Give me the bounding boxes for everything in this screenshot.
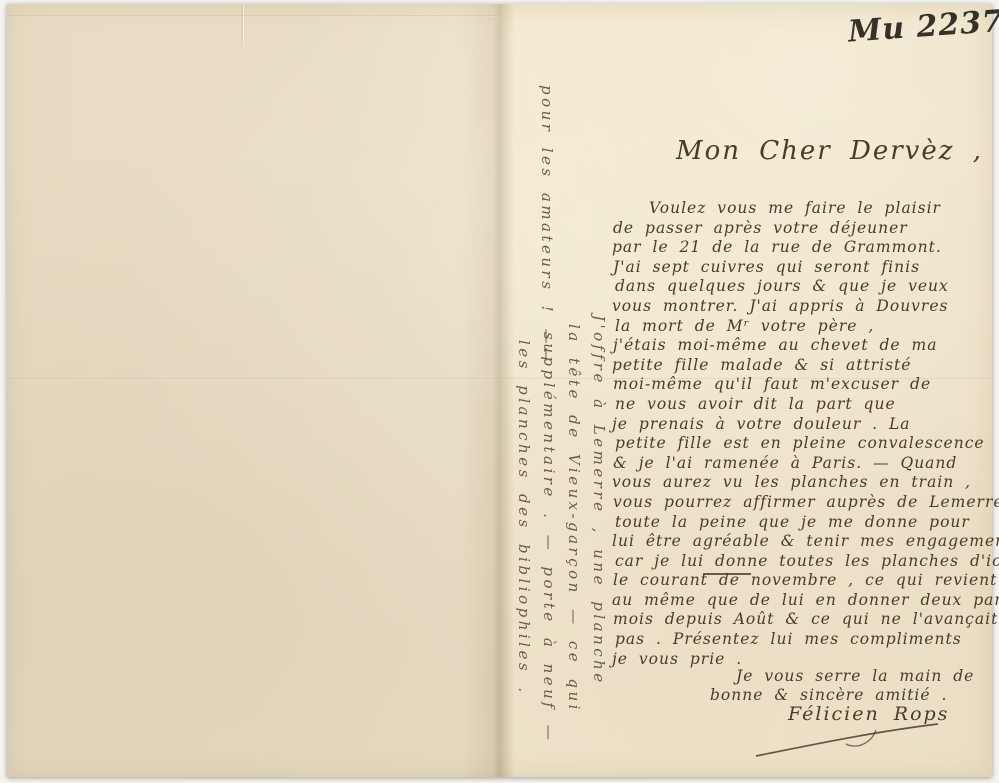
letter-line: pas . Présentez lui mes compliments xyxy=(615,630,995,650)
closing-line: bonne & sincère amitié . xyxy=(710,686,947,704)
letter-line: petite fille malade & si attristé xyxy=(612,356,992,376)
letter-line: lui être agréable & tenir mes engagement… xyxy=(612,532,992,552)
signature: Félicien Rops xyxy=(788,703,949,725)
letter-line: Voulez vous me faire le plaisir xyxy=(615,199,995,219)
letter-body: Voulez vous me faire le plaisir de passe… xyxy=(613,199,993,669)
letter-line: vous pourrez affirmer auprès de Lemerre xyxy=(613,493,993,513)
margin-note-line: supplémentaire . — porte à neuf — xyxy=(540,332,558,743)
closing-line: Je vous serre la main de xyxy=(736,667,974,685)
letter-line: petite fille est en pleine convalescence xyxy=(615,434,995,454)
letter-line: le courant de novembre , ce qui revient xyxy=(613,571,993,591)
letter-line: je prenais à votre douleur . La xyxy=(612,415,992,435)
letter-line: moi-même qu'il faut m'excuser de xyxy=(613,375,993,395)
letter-line: par le 21 de la rue de Grammont. xyxy=(612,238,992,258)
letter-line: de passer après votre déjeuner xyxy=(613,219,993,239)
letter-line: toute la peine que je me donne pour xyxy=(615,513,995,533)
margin-note-line: les planches des bibliophiles . xyxy=(515,340,533,696)
margin-note-line: J'offre à Lemerre , une planche xyxy=(590,315,608,686)
letter-line: car je lui donne toutes les planches d'i… xyxy=(615,552,995,572)
letter-line: J'ai sept cuivres qui seront finis xyxy=(613,258,993,278)
small-vertical-crease xyxy=(243,4,244,46)
top-left-fold-crease xyxy=(7,15,499,17)
letter-line: ne vous avoir dit la part que xyxy=(615,395,995,415)
letter-line: dans quelques jours & que je veux xyxy=(615,277,995,297)
margin-note-line: pour les amateurs ! —— xyxy=(538,85,556,365)
ink-underline xyxy=(703,573,751,575)
letter-line: la mort de Mʳ votre père , xyxy=(615,317,995,337)
letter-line: vous aurez vu les planches en train , xyxy=(612,473,992,493)
letter-line: & je l'ai ramenée à Paris. — Quand xyxy=(613,454,993,474)
letter-line: j'étais moi-même au chevet de ma xyxy=(613,336,993,356)
scanned-letter-background: { "archive_number": "Mu 2237/4", "letter… xyxy=(0,0,999,783)
letter-line: vous montrer. J'ai appris à Douvres xyxy=(612,297,992,317)
letter-line: au même que de lui en donner deux par xyxy=(612,591,992,611)
left-page-blank xyxy=(7,4,501,777)
salutation: Mon Cher Dervèz , xyxy=(676,136,983,166)
margin-note-line: la tête de Vieux-garçon — ce qui xyxy=(565,324,583,713)
letter-line: mois depuis Août & ce qui ne l'avançait xyxy=(613,610,993,630)
